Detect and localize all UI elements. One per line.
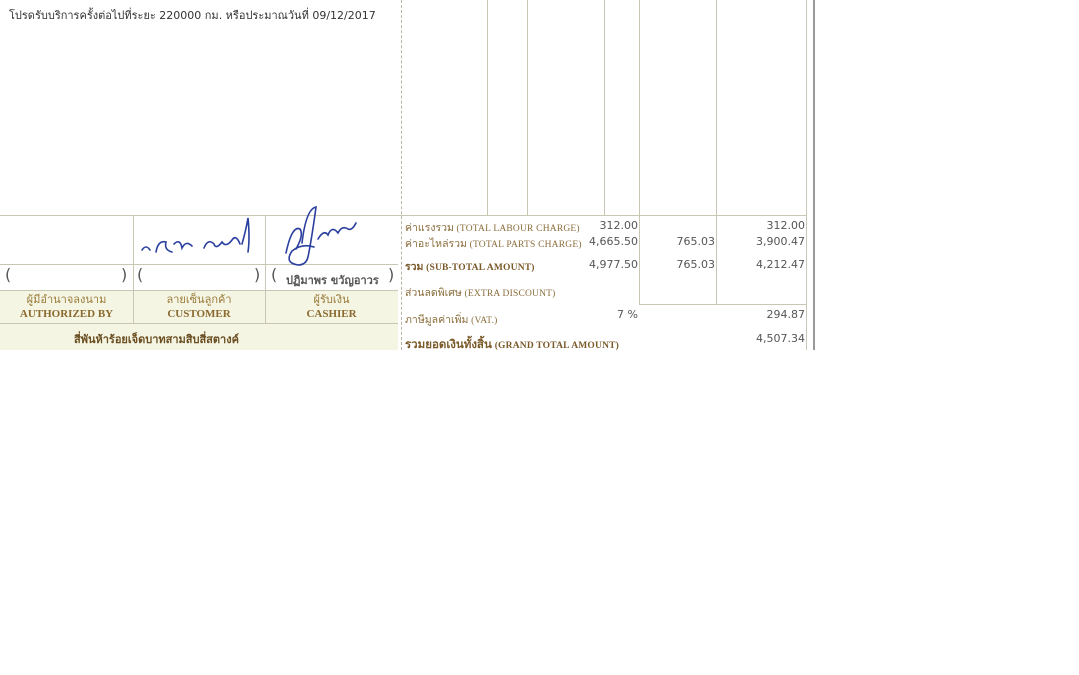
grand-total-net: 4,507.34: [756, 332, 805, 345]
grand-total-label: รวมยอดเงินทั้งสิ้น (GRAND TOTAL AMOUNT): [405, 336, 619, 354]
column-divider: [806, 0, 807, 350]
parts-amount: 4,665.50: [589, 235, 638, 248]
authorized-open-paren: (: [5, 265, 11, 284]
subtotal-discount: 765.03: [677, 258, 716, 271]
column-divider: [487, 0, 488, 216]
signature-rule: [0, 323, 398, 324]
vat-label: ภาษีมูลค่าเพิ่ม (VAT.): [405, 311, 498, 328]
subtotal-net: 4,212.47: [756, 258, 805, 271]
page-right-border: [813, 0, 815, 350]
totals-top-rule: [0, 215, 807, 216]
parts-net: 3,900.47: [756, 235, 805, 248]
authorized-caption: ผู้มีอำนาจลงนาม AUTHORIZED BY: [0, 293, 133, 321]
column-divider: [527, 0, 528, 216]
cashier-close-paren: ): [388, 265, 394, 284]
vat-net: 294.87: [767, 308, 806, 321]
labour-amount: 312.00: [600, 219, 639, 232]
customer-signature: [138, 214, 266, 264]
cashier-signature: [280, 203, 360, 273]
customer-close-paren: ): [254, 265, 260, 284]
vat-rate: 7 %: [617, 308, 638, 321]
authorized-close-paren: ): [121, 265, 127, 284]
labour-charge-label: ค่าแรงรวม (TOTAL LABOUR CHARGE): [405, 219, 580, 236]
column-divider: [604, 0, 605, 216]
cashier-caption: ผู้รับเงิน CASHIER: [265, 293, 398, 321]
column-divider: [639, 0, 640, 305]
amount-in-words: สี่พันห้าร้อยเจ็ดบาทสามสิบสี่สตางค์: [74, 330, 239, 348]
cashier-open-paren: (: [271, 265, 277, 284]
parts-charge-label: ค่าอะไหล่รวม (TOTAL PARTS CHARGE): [405, 235, 582, 252]
cashier-name: ปฏิมาพร ขวัญอาวร: [286, 271, 379, 289]
customer-open-paren: (: [137, 265, 143, 284]
next-service-note: โปรดรับบริการครั้งต่อไปที่ระยะ 220000 กม…: [9, 6, 376, 24]
extra-discount-label: ส่วนลดพิเศษ (EXTRA DISCOUNT): [405, 284, 556, 301]
discount-box-bottom: [639, 304, 807, 305]
signature-rule: [0, 290, 398, 291]
customer-caption: ลายเซ็นลูกค้า CUSTOMER: [133, 293, 265, 321]
tear-line: [401, 0, 402, 350]
subtotal-label: รวม (SUB-TOTAL AMOUNT): [405, 258, 535, 275]
parts-discount: 765.03: [677, 235, 716, 248]
labour-net: 312.00: [767, 219, 806, 232]
subtotal-amount: 4,977.50: [589, 258, 638, 271]
column-divider: [716, 0, 717, 305]
